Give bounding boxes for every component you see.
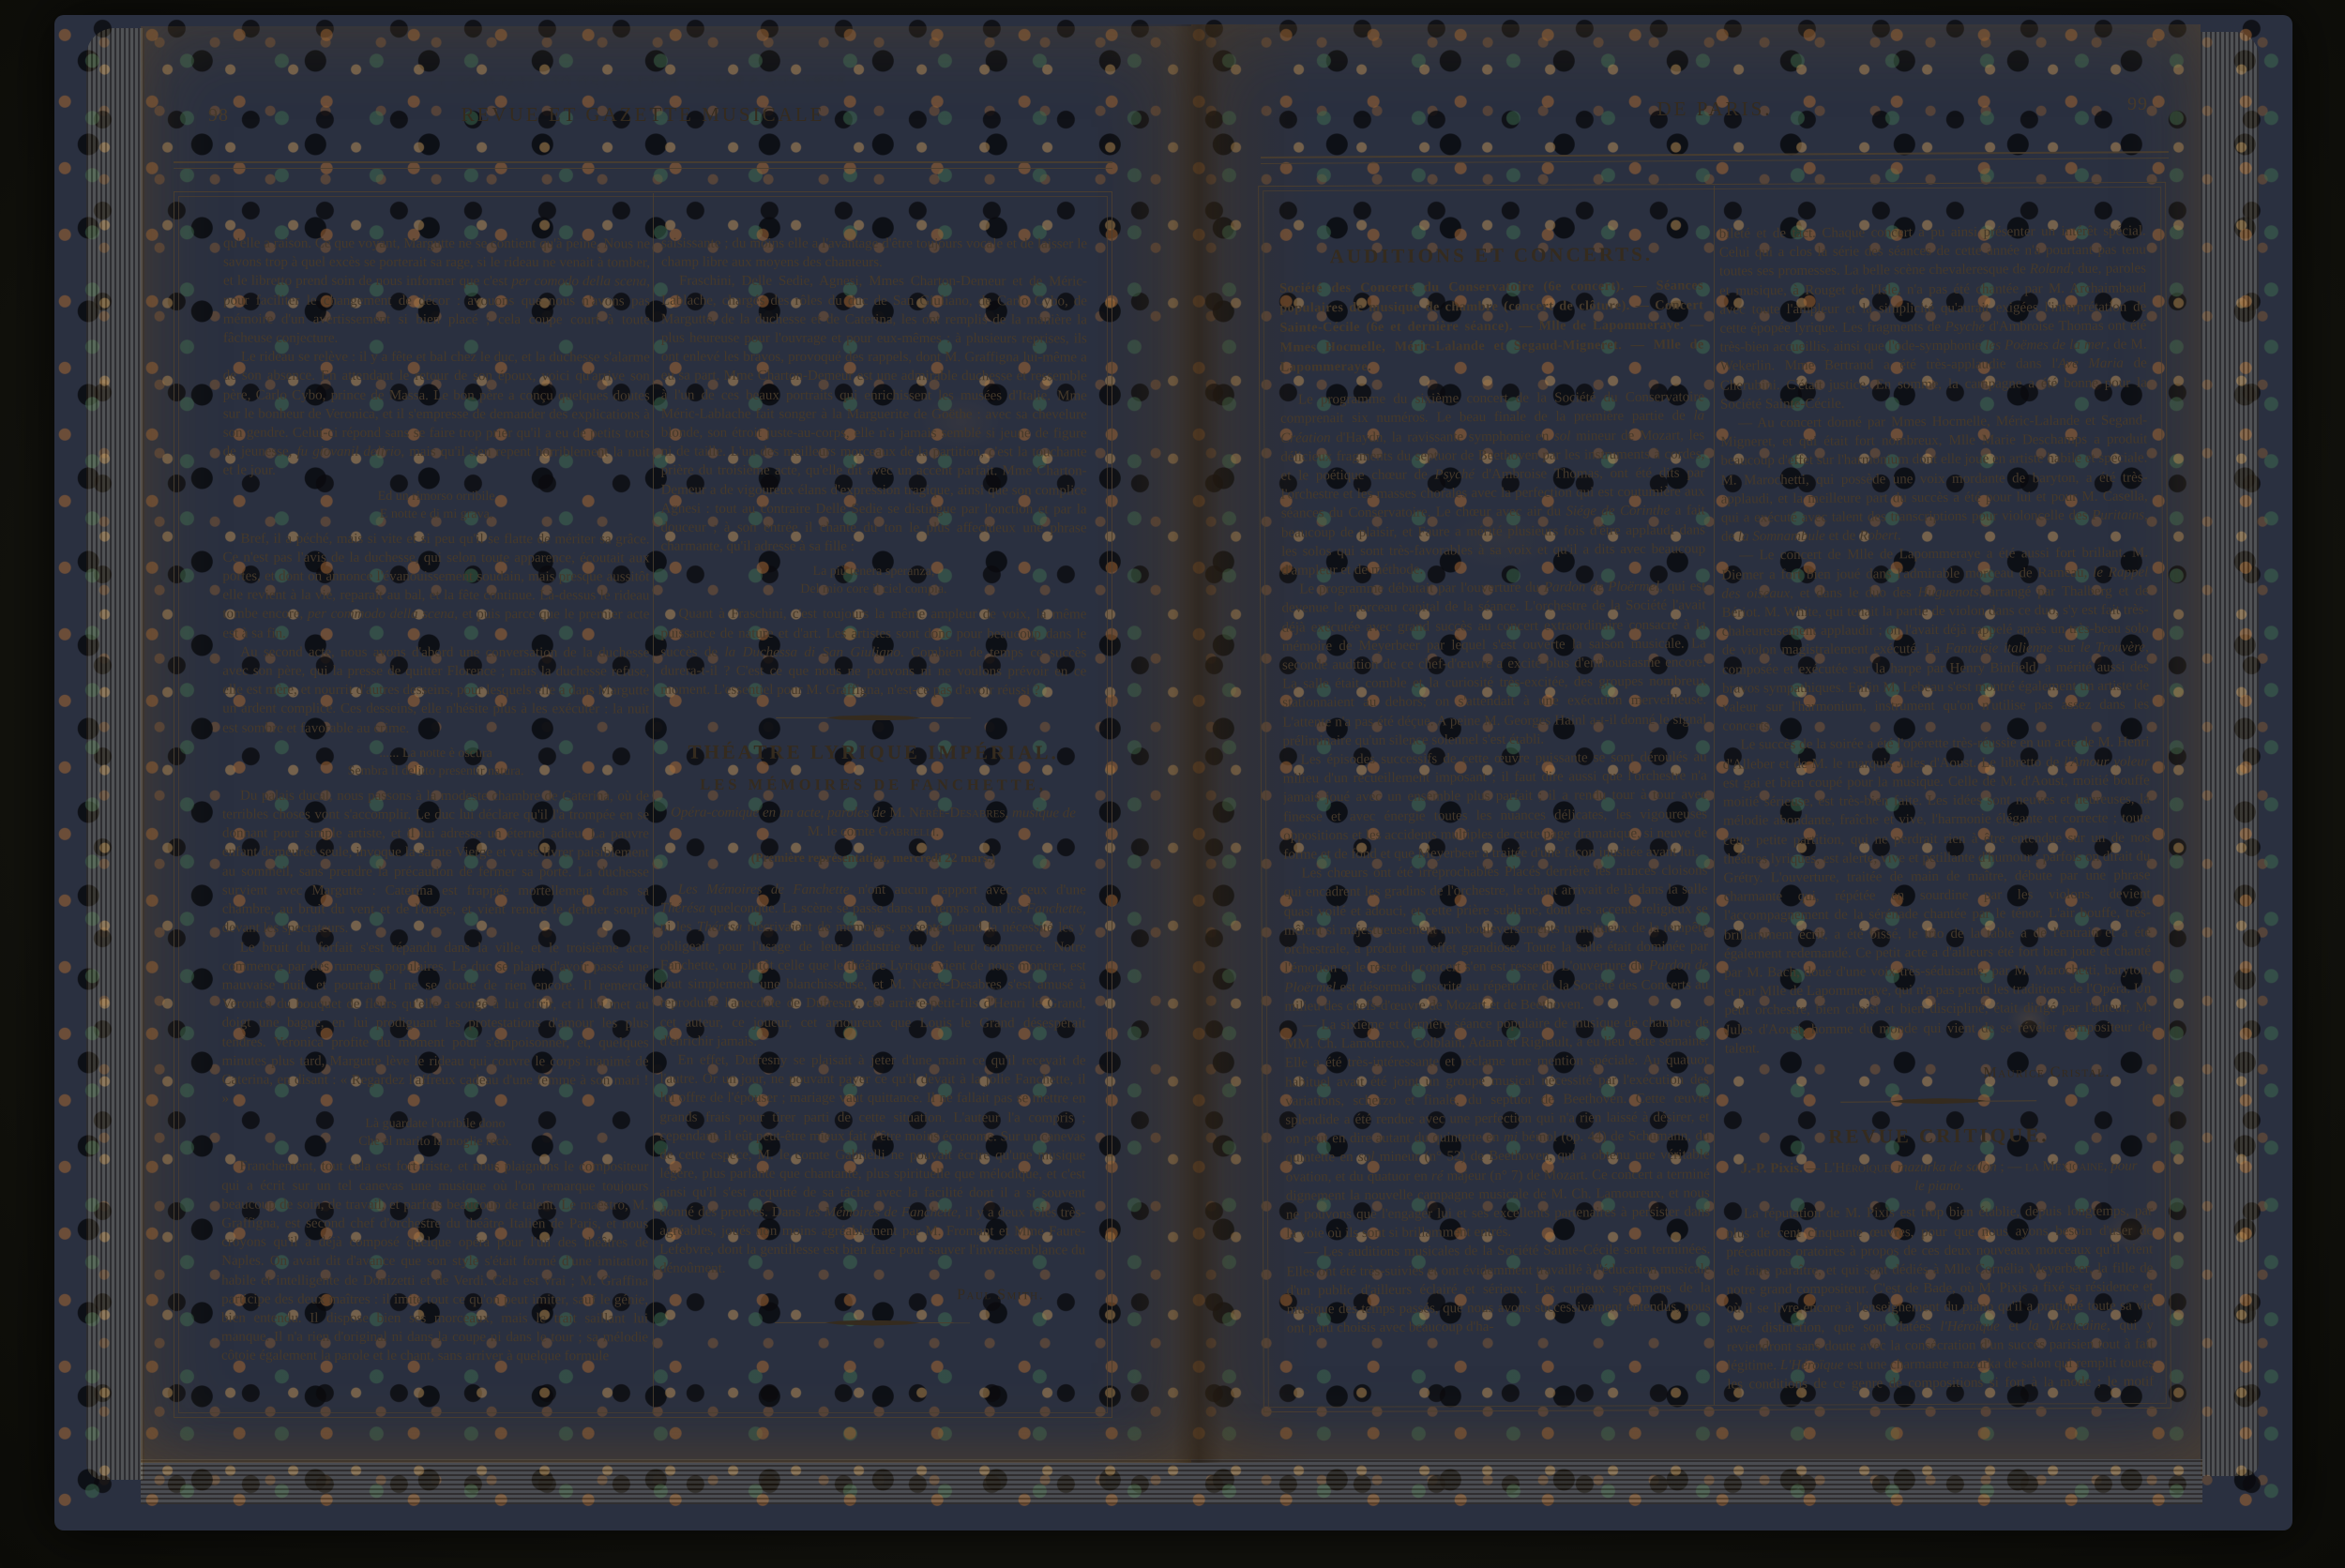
scanned-book-spread: BUREAUX A PARIS : BOULEVARD DES ITALIENS… (0, 0, 2345, 1568)
article-heading: AUDITIONS ET CONCERTS. (1279, 244, 1703, 265)
paragraph: bileté et de tact. Chaque concert a pu a… (1719, 221, 2147, 414)
page-edges-bottom (141, 1459, 2202, 1504)
paragraph: — Au concert donné par Mmes Hocmelle, Mé… (1720, 411, 2148, 547)
paragraph: Le rideau se relève : il y a fête et bal… (223, 348, 650, 481)
paragraph: Le succès de la soirée a été l'opérette … (1722, 733, 2151, 1059)
byline: Opéra-comique en un acte, paroles de M. … (670, 803, 1077, 841)
swelled-rule-glyph (1840, 1097, 2036, 1104)
verse-quote: ...... La notte è oscuraSembra il delitt… (222, 744, 649, 780)
paragraph: Les Mémoires de Fanchette n'ont aucun ra… (660, 881, 1086, 1052)
paragraph: — Les auditions musicales de la Société … (1286, 1241, 1711, 1338)
verse-line: La più tenera speranza, (660, 563, 1086, 581)
swelled-rule-glyph (776, 715, 972, 720)
premiere-note: (Première représentation, mercredi 22 ma… (660, 848, 1086, 867)
verse-line: Là guardate l'orribile dono (221, 1115, 648, 1134)
author-signature: Maurice Cristal. (1725, 1063, 2110, 1085)
paragraph: Quant à Fraschini, c'est toujours la mêm… (660, 605, 1086, 701)
author-signature: Paul Smith. (659, 1286, 1044, 1305)
verse-line: E notte e di mi grava. (223, 505, 650, 523)
right-page-column-1: AUDITIONS ET CONCERTS.Société des Concer… (1279, 221, 1712, 1393)
running-head-right: DE PARIS. (1261, 98, 2169, 121)
paragraph: saisissante ; du moins elle a l'avantage… (661, 234, 1087, 273)
paragraph: En effet, Dufresny se plaisait à jeter d… (659, 1051, 1085, 1279)
paragraph: Franchement, tout cela est fort triste, … (221, 1157, 648, 1366)
paragraph: Les chœurs ont été irréprochables Placés… (1283, 862, 1708, 1017)
separator-rule (659, 1319, 1085, 1326)
paragraph: Du palais ducal, nous passons à la modes… (222, 786, 649, 938)
running-head-left: REVUE ET GAZETTE MUSICALE (174, 103, 1112, 127)
piece-title: LES MÉMOIRES DE FANCHETTE, (660, 775, 1086, 794)
page-edges-left (86, 28, 144, 1480)
verse-line: Sembra il delitto presentir natura. (222, 761, 649, 780)
paragraph: Au second acte, nous avons d'abord une c… (222, 642, 649, 738)
paragraph: Bref, il a péché, mais si vite et si peu… (222, 529, 649, 643)
verse-line: Del mio core il ciel compia. (660, 580, 1086, 599)
swelled-rule-glyph (775, 1319, 971, 1325)
separator-rule (1725, 1097, 2152, 1106)
paragraph: La réputation de M. Pixis est trop bien … (1726, 1202, 2154, 1394)
page-edges-right (2201, 32, 2259, 1476)
verse-line: ...... La notte è oscura (222, 744, 649, 762)
verse-quote: Ed un rimorso orribileE notte e di mi gr… (223, 487, 650, 523)
paragraph: Les épisodes successifs de cette œuvre p… (1283, 747, 1708, 864)
article-heading: REVUE CRITIQUE. (1725, 1125, 2152, 1147)
left-page-column-2: saisissante ; du moins elle a l'avantage… (659, 234, 1087, 1396)
verse-quote: Là guardate l'orribile donoChe al marito… (221, 1115, 648, 1152)
paragraph: Le programme du sixième concert de la So… (1280, 388, 1705, 580)
column-divider-left (653, 193, 654, 1414)
left-page-column-1: qu'elle a raison. Ce que voyant, Margutt… (221, 234, 650, 1396)
paragraph: Fraschini, Delle Sedie, Agnesi, Mmes Cha… (660, 272, 1087, 557)
paragraph: qu'elle a raison. Ce que voyant, Margutt… (223, 234, 650, 349)
header-rule-left (174, 161, 1112, 169)
right-page-column-2: bileté et de tact. Chaque concert a pu a… (1719, 221, 2155, 1393)
paragraph: Le bruit du forfait s'est répandu dans l… (221, 938, 648, 1109)
article-heading: THÉATRE LYRIQUE IMPÉRIAL. (660, 743, 1086, 762)
separator-rule (660, 715, 1086, 721)
paragraph: Le programme débutait par l'ouverture du… (1281, 578, 1706, 751)
verse-quote: La più tenera speranza,Del mio core il c… (660, 563, 1086, 599)
article-summary: Société des Concerts du Conservatoire (6… (1279, 277, 1704, 378)
column-divider-right (1714, 186, 1715, 1405)
verse-line: Che al marito la moglie recò. (221, 1133, 648, 1152)
review-heading: J.-P. Pixis. — L'Héroique, mazurka de sa… (1735, 1157, 2143, 1198)
verse-line: Ed un rimorso orribile (223, 487, 650, 505)
paragraph: — La sixième et dernière séance populair… (1285, 1013, 1711, 1244)
paragraph: — Le concert de Mlle de Lapommeraye a ét… (1721, 544, 2149, 736)
